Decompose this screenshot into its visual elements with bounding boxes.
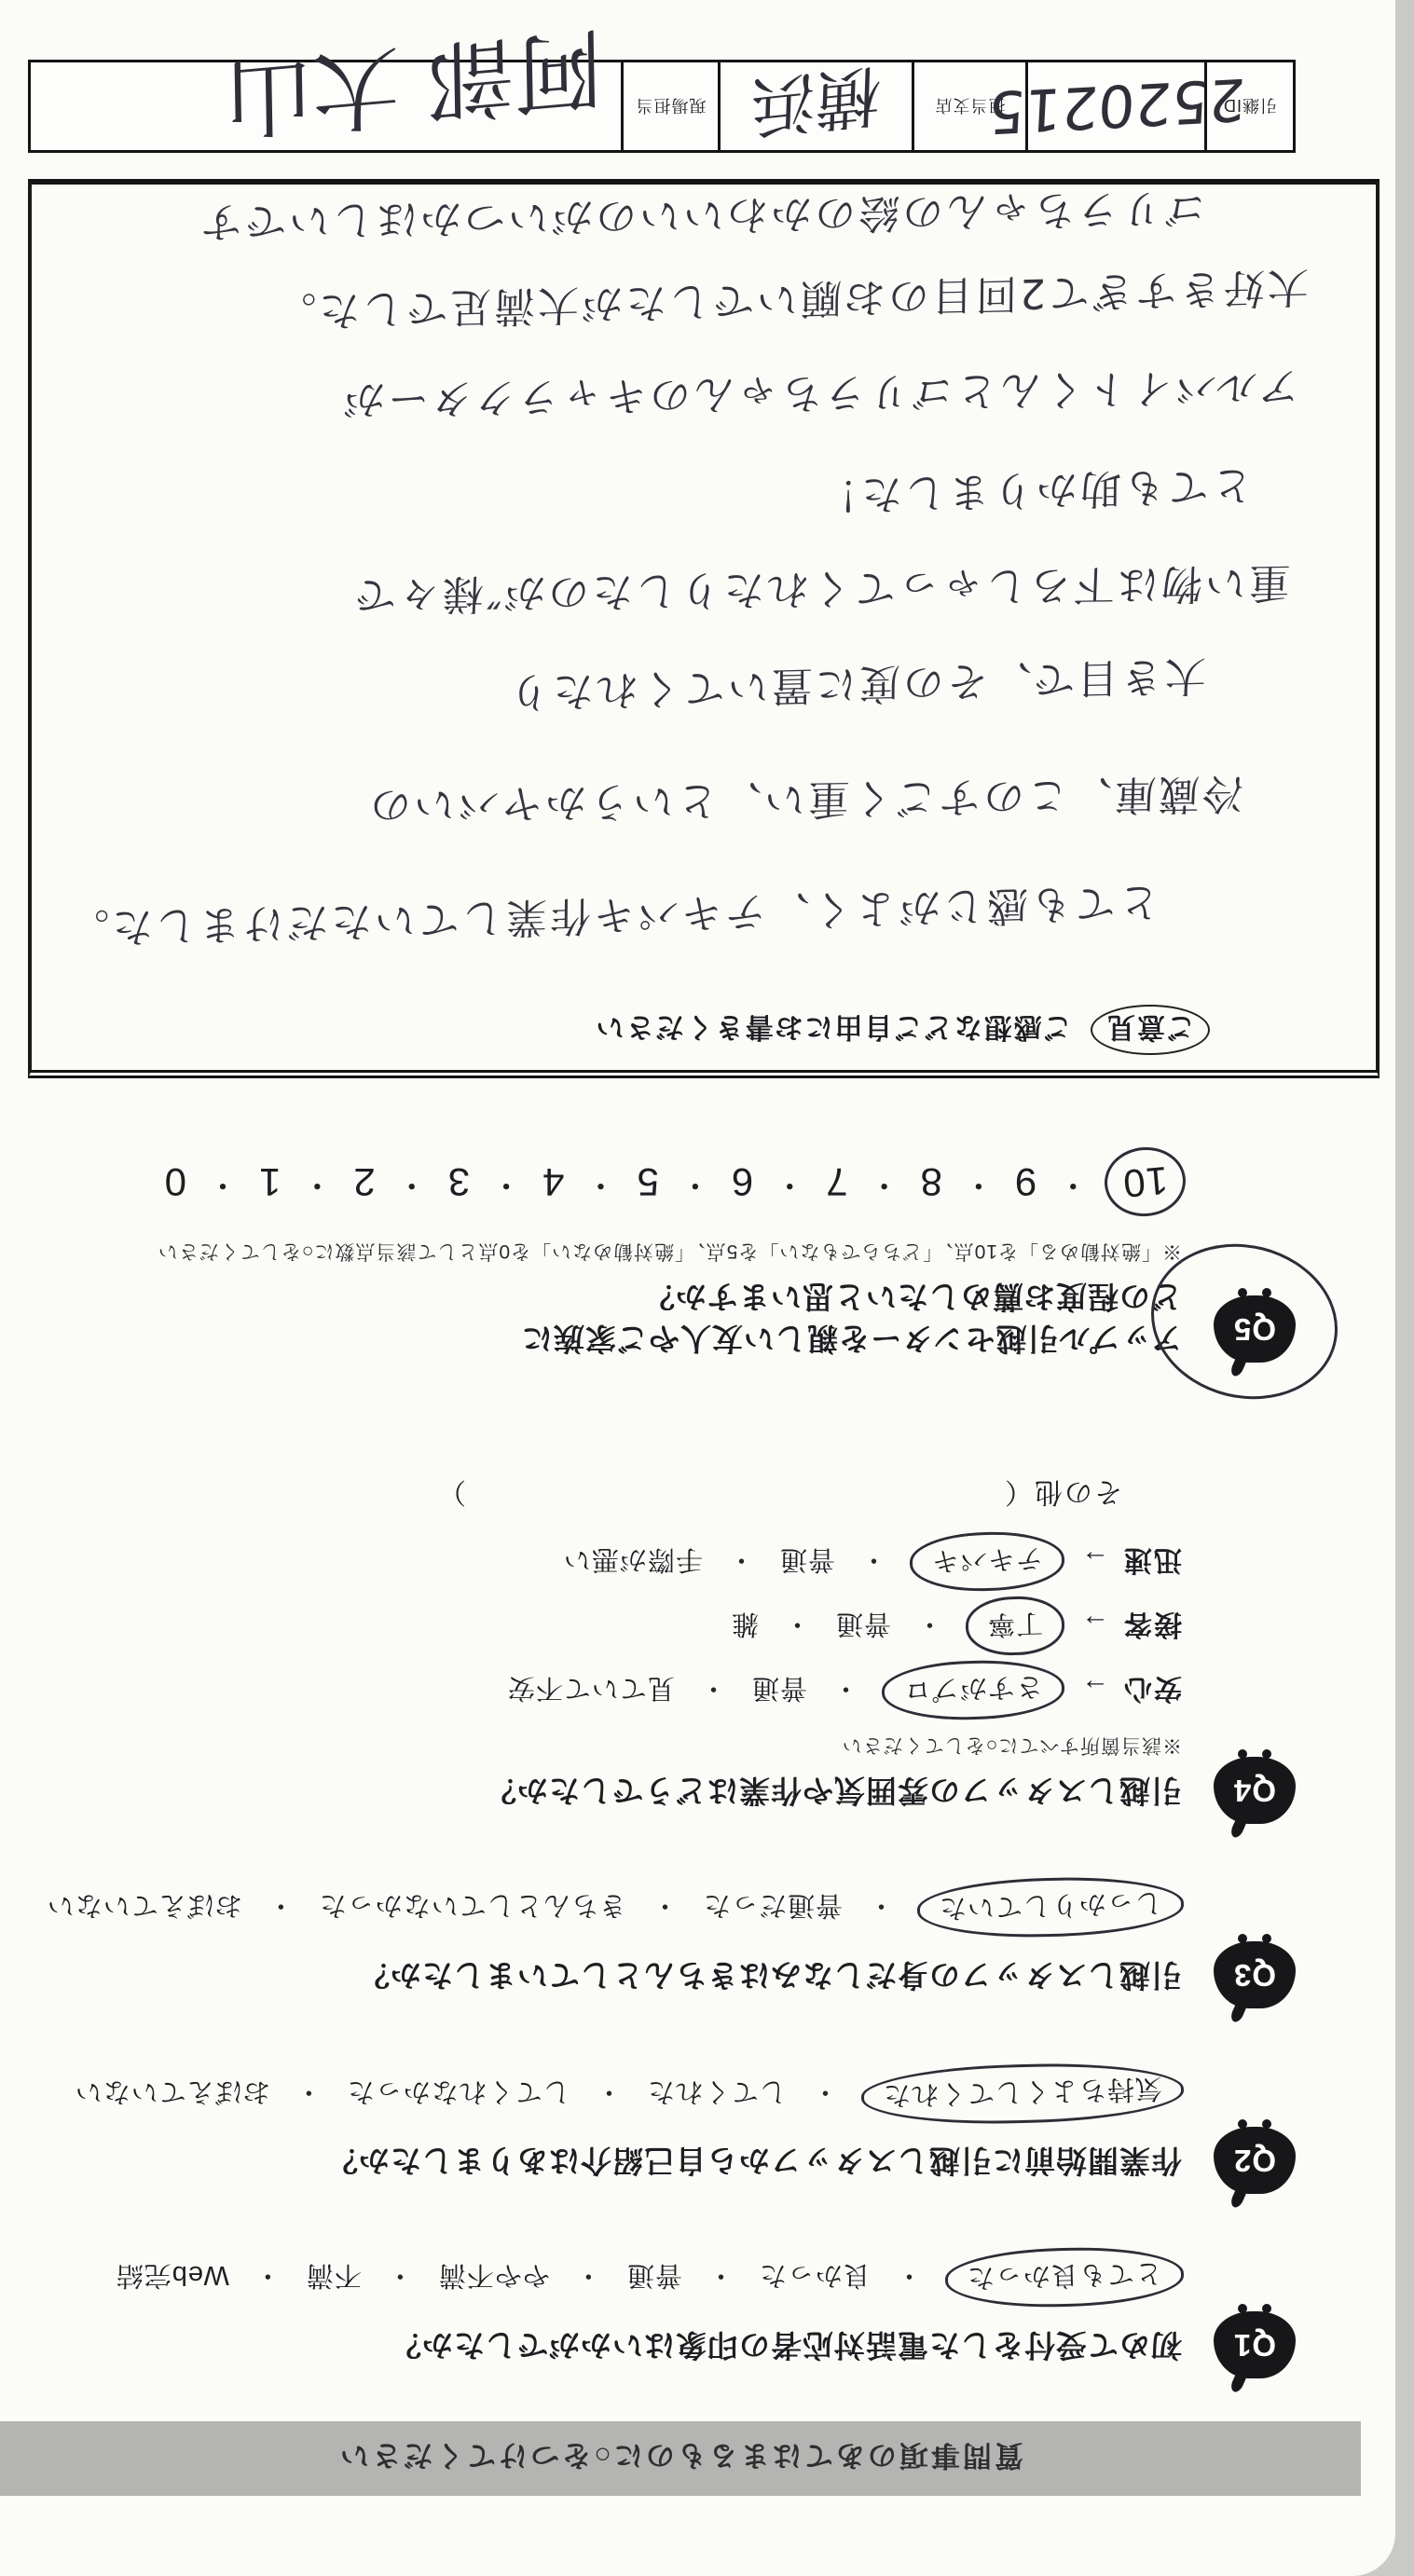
arrow-icon: → xyxy=(1081,1544,1109,1575)
q1-option: やや不満 xyxy=(438,2258,626,2296)
handwritten-line: アルバイトくんとゴリラちゃんのキャラクターが xyxy=(55,360,1300,437)
q5-note: ※「絶対勧める」を10点、「どちらでもない」を5点、「絶対勧めない」を0点として… xyxy=(28,1239,1182,1267)
q5-scale-value: 7 xyxy=(825,1160,919,1204)
arrow-icon: → xyxy=(1081,1609,1109,1639)
comment-box: ご意見 ご感想などご自由にお書きください とても感じがよく、テキパキ作業していた… xyxy=(28,179,1380,1078)
handwritten-line: …。 xyxy=(56,179,159,184)
q5-scale-value: 6 xyxy=(731,1160,825,1204)
handwritten-line: 重い物は下ろしゃってくれたりしたのが″様々で xyxy=(55,555,1291,633)
instruction-banner: 質問事項のあてはまるものに○をつけてください xyxy=(0,2421,1361,2496)
q5-scale-value: 4 xyxy=(542,1160,636,1204)
q4-row-jinsoku: 迅速→テキパキ普通手際が悪い xyxy=(28,1540,1182,1583)
scanned-survey-screenshot: 質問事項のあてはまるものに○をつけてください Q1 初めて受付をした電話対応者の… xyxy=(0,0,1414,2576)
q3-question-text: 引越しスタッフの身だしなみはきちんとしていましたか？ xyxy=(28,1953,1182,2008)
q5-scale-value: 8 xyxy=(920,1160,1014,1204)
q4-row-sekkyaku: 接客→丁寧普通雑 xyxy=(28,1604,1182,1648)
question-block-q1: Q1 初めて受付をした電話対応者の印象はいかがでしたか？ とても良かった良かった… xyxy=(28,2255,1296,2378)
question-block-q5: Q5 アップル引越センターを親しい友人やご家族に どの程度お薦めしたいと思います… xyxy=(28,1157,1296,1363)
comment-heading-badge: ご意見 xyxy=(1091,1005,1210,1055)
handwritten-line: 大き目で、その度に置いてくれたり xyxy=(56,650,1206,737)
q3-options: しっかりしていた普通だったきちんとしていなかったおぼえていない xyxy=(28,1885,1182,1929)
q5-scale-10-circled: 10 xyxy=(1102,1144,1188,1219)
handwritten-line: ゴリラちゃんの絵のかわいいのがいつかほしいです xyxy=(55,182,1207,257)
site-staff-label: 現場担当 xyxy=(636,94,707,118)
q5-scale-value: 3 xyxy=(447,1160,542,1204)
q4-row-label: 迅速 xyxy=(1122,1544,1182,1575)
q2-question-text: 作業開始前に引越しスタッフから自己紹介はありましたか？ xyxy=(28,2140,1182,2195)
question-block-q4: Q4 引越しスタッフの雰囲気や作業はどうでしたか？ ※該当箇所すべてに○をしてく… xyxy=(28,1474,1296,1825)
q2-option: してくれなかった xyxy=(347,2075,647,2113)
handwritten-line: とても感じがよく、テキパキ作業していただけました。 xyxy=(56,875,1160,962)
handwritten-line: 大好きすぎて2回目のお願いでしたが大満足でした。 xyxy=(56,260,1309,350)
q4-row-anshin: 安心→さすがプロ普通見ていて不安 xyxy=(28,1668,1182,1712)
q4-row-option: 見ていて不安 xyxy=(507,1671,751,1709)
q4-row-label: 接客 xyxy=(1122,1609,1182,1639)
q3-badge-icon: Q3 xyxy=(1214,1941,1296,2008)
q4-row-option-circled: 丁寧 xyxy=(965,1595,1065,1656)
q2-option: おぼえていない xyxy=(75,2075,347,2113)
q4-row-option: 普通 xyxy=(751,1671,884,1709)
survey-paper: 質問事項のあてはまるものに○をつけてください Q1 初めて受付をした電話対応者の… xyxy=(0,0,1395,2576)
q1-badge-icon: Q1 xyxy=(1214,2311,1296,2378)
question-block-q3: Q3 引越しスタッフの身だしなみはきちんとしていましたか？ しっかりしていた普通… xyxy=(28,1885,1296,2008)
q4-row-option-circled: テキパキ xyxy=(909,1530,1065,1593)
q4-badge-icon: Q4 xyxy=(1214,1757,1296,1824)
q4-note: ※該当箇所すべてに○をしてください xyxy=(28,1733,1182,1761)
q3-option: きちんとしていなかった xyxy=(319,1888,703,1926)
handover-info-table: 引継ID 2520215 担当支店 横浜 現場担当 阿部 大山 xyxy=(28,60,1296,153)
q4-question-text: 引越しスタッフの雰囲気や作業はどうでしたか？ xyxy=(28,1770,1182,1825)
arrow-icon: → xyxy=(1081,1673,1109,1704)
q2-badge-icon: Q2 xyxy=(1214,2127,1296,2194)
handwritten-line: 冷蔵庫、このすごく重い、というかヤバいの xyxy=(55,767,1244,843)
q1-option: 不満 xyxy=(306,2258,438,2296)
q5-scale-value: 1 xyxy=(258,1160,352,1204)
q5-scale-value: 0 xyxy=(164,1160,258,1204)
q3-option-circled: しっかりしていた xyxy=(916,1875,1185,1940)
q4-row-option: 手際が悪い xyxy=(563,1542,779,1581)
q2-options: 気持ちよくしてくれたしてくれたしてくれなかったおぼえていない xyxy=(28,2072,1182,2116)
q5-question-line1: アップル引越センターを親しい友人やご家族に xyxy=(28,1317,1182,1359)
handwritten-comment: とても感じがよく、テキパキ作業していただけました。 冷蔵庫、このすごく重い、とい… xyxy=(56,179,1352,949)
site-staff-signature: 阿部 大山 xyxy=(224,11,603,171)
q1-option-circled: とても良かった xyxy=(944,2245,1185,2310)
q3-option: 普通だった xyxy=(703,1888,919,1926)
q1-option: 良かった xyxy=(759,2258,947,2296)
q1-option: 普通 xyxy=(626,2258,759,2296)
question-block-q2: Q2 作業開始前に引越しスタッフから自己紹介はありましたか？ 気持ちよくしてくれ… xyxy=(28,2072,1296,2195)
q5-question-line2: どの程度お薦めしたいと思いますか？ xyxy=(28,1276,1182,1318)
q5-scale-value: 9 xyxy=(1014,1160,1108,1204)
branch-value: 横浜 xyxy=(749,51,883,160)
q4-row-option: 普通 xyxy=(779,1542,912,1581)
q4-row-option: 普通 xyxy=(835,1607,968,1645)
q2-option: してくれた xyxy=(647,2075,863,2113)
q1-option: Web完結 xyxy=(116,2258,306,2296)
q5-badge-icon: Q5 xyxy=(1214,1295,1296,1363)
q5-scale-value: 5 xyxy=(636,1160,730,1204)
q2-option-circled: 気持ちよくしてくれた xyxy=(860,2060,1185,2127)
q5-nps-scale: 109876543210 xyxy=(28,1157,1182,1211)
q4-row-label: 安心 xyxy=(1122,1673,1182,1704)
handover-id-value: 2520215 xyxy=(986,65,1247,147)
instruction-banner-text: 質問事項のあてはまるものに○をつけてください xyxy=(337,2438,1023,2480)
q3-option: おぼえていない xyxy=(47,1888,319,1926)
q5-scale-value: 2 xyxy=(352,1160,446,1204)
q1-options: とても良かった良かった普通やや不満不満Web完結 xyxy=(28,2255,1182,2299)
q1-question-text: 初めて受付をした電話対応者の印象はいかがでしたか？ xyxy=(28,2323,1182,2378)
q4-other-field: その他（ ） xyxy=(28,1474,1122,1515)
handwritten-line: とても助かりました！ xyxy=(56,459,1253,547)
comment-heading-text: ご感想などご自由にお書きください xyxy=(595,1011,1072,1042)
q4-row-option-circled: さすがプロ xyxy=(881,1658,1065,1721)
q4-row-option: 雑 xyxy=(731,1607,835,1645)
upside-down-sheet: 質問事項のあてはまるものに○をつけてください Q1 初めて受付をした電話対応者の… xyxy=(0,0,1414,2576)
